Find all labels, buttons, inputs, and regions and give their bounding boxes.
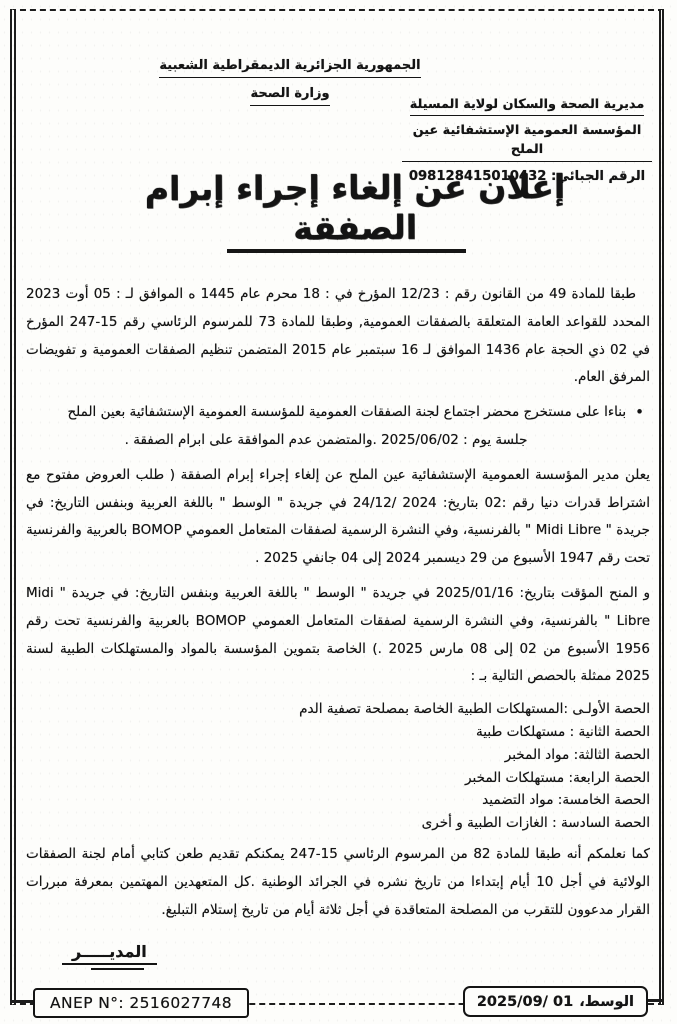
document-page: الجمهورية الجزائرية الديمقراطية الشعبية … [0, 0, 677, 1024]
bottom-left-rule [10, 1000, 35, 1003]
title-underline [227, 249, 466, 253]
directorate-title: مديرية الصحة والسكان لولاية المسيلة [410, 95, 645, 116]
journal-date: 2025/09/ 01 [477, 994, 573, 1010]
lot-item: الحصة الخامسة: مواد التضميد [26, 789, 650, 812]
journal-date-box: الوسط، 2025/09/ 01 [463, 986, 648, 1017]
lot-item: الحصة السادسة : الغازات الطبية و أخرى [26, 812, 650, 835]
lot-item: الحصة الأولـى :المستهلكات الطبية الخاصة … [26, 698, 650, 721]
journal-name: الوسط، [579, 994, 634, 1010]
republic-line: الجمهورية الجزائرية الديمقراطية الشعبية [150, 56, 430, 78]
lots-list: الحصة الأولـى :المستهلكات الطبية الخاصة … [26, 698, 650, 835]
anep-number-text: ANEP N°: 2516027748 [50, 994, 232, 1012]
ministry-title: وزارة الصحة [250, 84, 329, 106]
bullet-text-line-2: جلسة يوم : 2025/06/02 .والمتضمن عدم المو… [26, 427, 626, 455]
establishment-title: المؤسسة العمومية الإستشفائية عين الملح [402, 121, 652, 161]
provisional-award-paragraph: و المنح المؤقت بتاريخ: 2025/01/16 في جري… [26, 580, 650, 691]
lot-item: الحصة الرابعة: مستهلكات المخبر [26, 767, 650, 790]
announcement-title: إعلان عن إلغاء إجراء إبرام الصفقة [120, 167, 590, 249]
bottom-right-rule [646, 999, 664, 1002]
cancellation-announcement-paragraph: يعلن مدير المؤسسة العمومية الإستشفائية ع… [26, 462, 650, 573]
bullet-icon: • [635, 399, 644, 455]
legal-basis-paragraph: طبقا للمادة 49 من القانون رقم : 12/23 ال… [26, 281, 650, 392]
establishment-line: المؤسسة العمومية الإستشفائية عين الملح [402, 121, 652, 161]
document-body: طبقا للمادة 49 من القانون رقم : 12/23 ال… [26, 281, 650, 942]
national-header: الجمهورية الجزائرية الديمقراطية الشعبية … [150, 56, 430, 112]
appeal-rights-paragraph: كما نعلمكم أنه طبقا للمادة 82 من المرسوم… [26, 841, 650, 924]
bullet-text: بناءا على مستخرج محضر اجتماع لجنة الصفقا… [26, 399, 626, 455]
anep-number-box: ANEP N°: 2516027748 [33, 988, 249, 1018]
bullet-text-line-1: بناءا على مستخرج محضر اجتماع لجنة الصفقا… [26, 399, 626, 427]
director-signature: المديـــــر [62, 942, 157, 965]
directorate-line: مديرية الصحة والسكان لولاية المسيلة [402, 95, 652, 116]
lot-item: الحصة الثانية : مستهلكات طبية [26, 721, 650, 744]
ministry-line: وزارة الصحة [150, 84, 430, 106]
lot-item: الحصة الثالثة: مواد المخبر [26, 744, 650, 767]
committee-minutes-bullet: • بناءا على مستخرج محضر اجتماع لجنة الصف… [26, 399, 644, 455]
republic-title: الجمهورية الجزائرية الديمقراطية الشعبية [159, 56, 420, 78]
